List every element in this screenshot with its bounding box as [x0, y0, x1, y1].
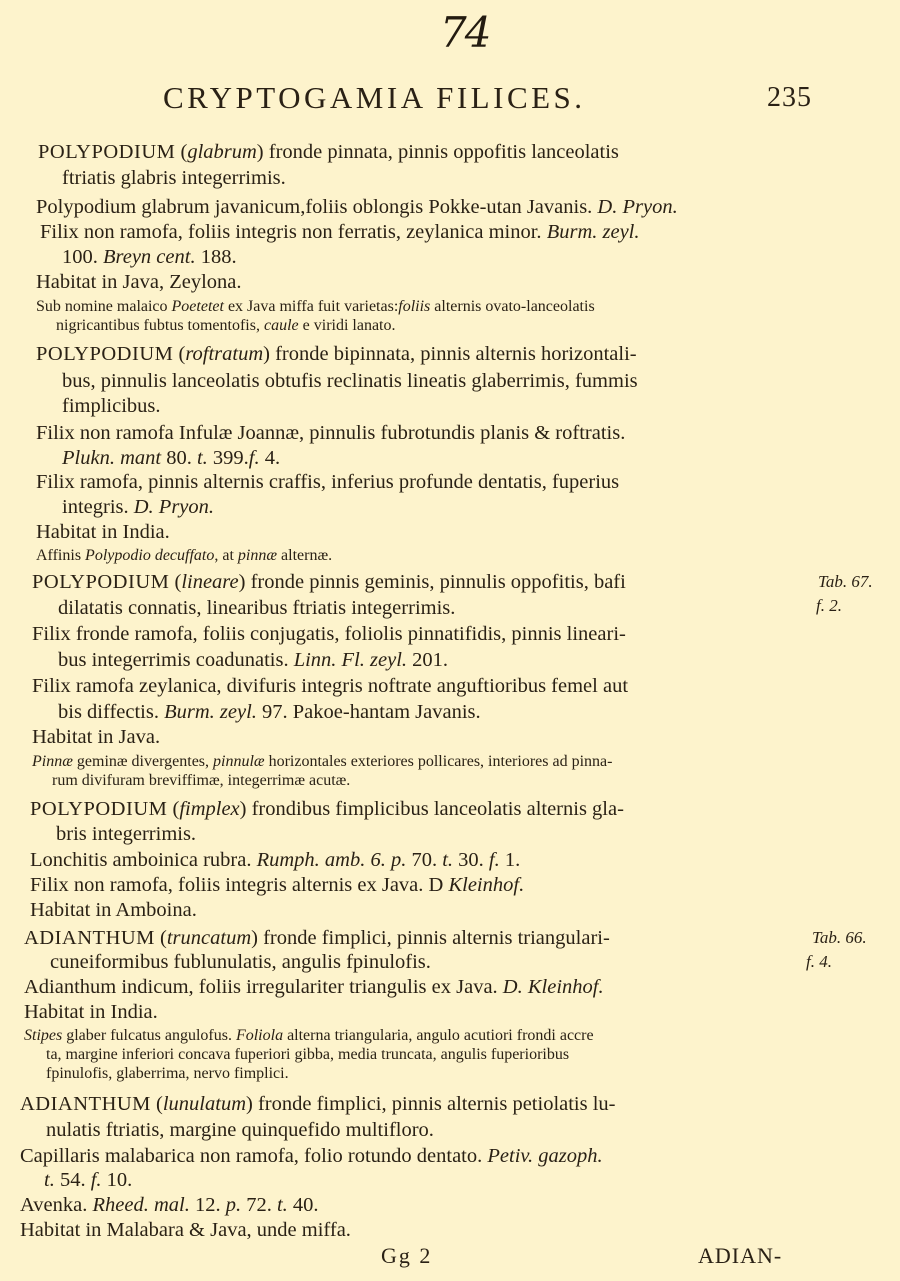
- citation: Kleinhof.: [448, 874, 524, 896]
- citation-number: 12.: [190, 1194, 226, 1216]
- citation-number: 54.: [55, 1169, 91, 1191]
- synonym-text: bus integerrimis coadunatis.: [58, 649, 294, 671]
- note-text: , at: [214, 547, 238, 564]
- citation-number: 70.: [406, 849, 442, 871]
- entry-diagnosis: POLYPODIUM (lineare) fronde pinnis gemin…: [32, 570, 626, 594]
- synonym: Filix non ramofa, foliis integris altern…: [30, 873, 524, 897]
- citation: f.: [249, 447, 260, 469]
- synonym-text: Polypodium glabrum javanicum,foliis oblo…: [36, 196, 592, 218]
- synonym-cont: 100. Breyn cent. 188.: [62, 245, 237, 269]
- margin-figure-reference: f. 2.: [816, 596, 842, 616]
- citation: p.: [226, 1194, 241, 1216]
- synonym-cont: integris. D. Pryon.: [62, 495, 214, 519]
- note-text: Affinis: [36, 547, 85, 564]
- habitat: Habitat in Malabara & Java, unde miffa.: [20, 1218, 351, 1242]
- note-italic: Polypodio decuffato: [85, 547, 214, 564]
- note-text: alternis ovato-lanceolatis: [430, 298, 594, 315]
- note-text: nigricantibus fubtus tomentofis,: [56, 317, 264, 334]
- synonym-text: Adianthum indicum, foliis irregulariter …: [24, 976, 503, 998]
- habitat: Habitat in Amboina.: [30, 898, 197, 922]
- species-name: fimplex: [179, 798, 239, 820]
- citation: t.: [277, 1194, 288, 1216]
- citation-number: 80.: [161, 447, 197, 469]
- note-italic: Pinnæ: [32, 753, 73, 770]
- synonym: Adianthum indicum, foliis irregulariter …: [24, 975, 604, 999]
- genus-name: POLYPODIUM: [30, 798, 167, 820]
- note-text: glaber fulcatus angulofus.: [62, 1027, 236, 1044]
- diagnosis-text: fronde pinnis geminis, pinnulis oppofiti…: [245, 571, 625, 593]
- note-cont: fpinulofis, glaberrima, nervo fimplici.: [46, 1064, 289, 1084]
- citation: t.: [44, 1169, 55, 1191]
- citation: f.: [91, 1169, 102, 1191]
- entry-diagnosis: POLYPODIUM (fimplex) frondibus fimplicib…: [30, 797, 624, 821]
- species-name: lineare: [181, 571, 238, 593]
- citation: Petiv. gazoph.: [487, 1145, 602, 1167]
- synonym-cont: bus integerrimis coadunatis. Linn. Fl. z…: [58, 648, 448, 672]
- species-name: glabrum: [187, 141, 256, 163]
- note-italic: pinnulæ: [213, 753, 265, 770]
- note-italic: foliis: [398, 298, 430, 315]
- note: Pinnæ geminæ divergentes, pinnulæ horizo…: [32, 752, 612, 772]
- margin-plate-reference: Tab. 67.: [818, 572, 873, 592]
- page-number: 235: [767, 82, 812, 114]
- citation-number: 201.: [407, 649, 448, 671]
- citation-number: 399.: [208, 447, 249, 469]
- note: Sub nomine malaico Poetetet ex Java miff…: [36, 297, 595, 317]
- note-italic: Stipes: [24, 1027, 62, 1044]
- entry-diagnosis-cont: bris integerrimis.: [56, 822, 196, 846]
- note-text: Sub nomine malaico: [36, 298, 172, 315]
- diagnosis-text: fronde fimplici, pinnis alternis triangu…: [258, 927, 610, 949]
- synonym: Filix fronde ramofa, foliis conjugatis, …: [32, 622, 626, 646]
- synonym-text: Filix non ramofa, foliis integris altern…: [30, 874, 448, 896]
- citation: D. Kleinhof.: [503, 976, 604, 998]
- note-italic: pinnæ: [238, 547, 277, 564]
- note-cont: ta, margine inferiori concava fuperiori …: [46, 1045, 569, 1065]
- diagnosis-text: fronde pinnata, pinnis oppofitis lanceol…: [264, 141, 619, 163]
- synonym-text: 97. Pakoe-hantam Javanis.: [257, 701, 481, 723]
- species-name: lunulatum: [163, 1093, 246, 1115]
- entry-diagnosis: POLYPODIUM (roftratum) fronde bipinnata,…: [36, 342, 637, 366]
- species-name: truncatum: [167, 927, 251, 949]
- citation: Rheed. mal.: [92, 1194, 189, 1216]
- diagnosis-text: fronde fimplici, pinnis alternis petiola…: [253, 1093, 616, 1115]
- note-italic: caule: [264, 317, 299, 334]
- margin-plate-reference: Tab. 66.: [812, 928, 867, 948]
- synonym-text: Avenka.: [20, 1194, 92, 1216]
- citation-number: 10.: [102, 1169, 133, 1191]
- species-name: roftratum: [185, 343, 263, 365]
- citation-number: 72.: [241, 1194, 277, 1216]
- entry-diagnosis-cont: ftriatis glabris integerrimis.: [62, 166, 286, 190]
- citation: t.: [442, 849, 453, 871]
- synonym-text: Lonchitis amboinica rubra.: [30, 849, 257, 871]
- citation-number: 4.: [260, 447, 281, 469]
- synonym: Avenka. Rheed. mal. 12. p. 72. t. 40.: [20, 1193, 319, 1217]
- synonym: Polypodium glabrum javanicum,foliis oblo…: [36, 195, 678, 219]
- margin-figure-reference: f. 4.: [806, 952, 832, 972]
- citation: Rumph. amb. 6. p.: [257, 849, 407, 871]
- running-head: CRYPTOGAMIA FILICES.: [163, 80, 586, 116]
- synonym-cont: bis diffectis. Burm. zeyl. 97. Pakoe-han…: [58, 700, 481, 724]
- entry-diagnosis: ADIANTHUM (truncatum) fronde fimplici, p…: [24, 926, 610, 950]
- note-text: alterna triangularia, angulo acutiori fr…: [283, 1027, 594, 1044]
- entry-diagnosis: POLYPODIUM (glabrum) fronde pinnata, pin…: [38, 140, 619, 164]
- synonym: Filix non ramofa Infulæ Joannæ, pinnulis…: [36, 421, 625, 445]
- habitat: Habitat in Java.: [32, 725, 160, 749]
- genus-name: POLYPODIUM: [38, 141, 175, 163]
- note-text: ex Java miffa fuit varietas:: [224, 298, 398, 315]
- note-italic: Foliola: [236, 1027, 283, 1044]
- habitat: Habitat in Java, Zeylona.: [36, 270, 242, 294]
- note-cont: nigricantibus fubtus tomentofis, caule e…: [56, 316, 396, 336]
- synonym: Filix non ramofa, foliis integris non fe…: [40, 220, 640, 244]
- note-text: horizontales exteriores pollicares, inte…: [265, 753, 613, 770]
- citation: Burm. zeyl.: [547, 221, 640, 243]
- entry-diagnosis-cont: dilatatis connatis, linearibus ftriatis …: [58, 596, 455, 620]
- citation: Burm. zeyl.: [164, 701, 257, 723]
- entry-diagnosis: ADIANTHUM (lunulatum) fronde fimplici, p…: [20, 1092, 616, 1116]
- synonym-cont: t. 54. f. 10.: [44, 1168, 132, 1192]
- citation: Plukn. mant: [62, 447, 161, 469]
- synonym: Filix ramofa zeylanica, divifuris integr…: [32, 674, 628, 698]
- citation-number: 40.: [288, 1194, 319, 1216]
- handwritten-folio-number: 74: [440, 8, 489, 57]
- entry-diagnosis-cont: nulatis ftriatis, margine quinquefido mu…: [46, 1118, 434, 1142]
- genus-name: ADIANTHUM: [24, 927, 155, 949]
- synonym-text: Filix non ramofa, foliis integris non fe…: [40, 221, 542, 243]
- book-page: 74 CRYPTOGAMIA FILICES. 235 POLYPODIUM (…: [0, 0, 900, 1281]
- diagnosis-text: frondibus fimplicibus lanceolatis altern…: [246, 798, 623, 820]
- synonym: Lonchitis amboinica rubra. Rumph. amb. 6…: [30, 848, 520, 872]
- citation: D. Pryon.: [134, 496, 214, 518]
- habitat: Habitat in India.: [36, 520, 170, 544]
- note-text: e viridi lanato.: [299, 317, 396, 334]
- note-text: geminæ divergentes,: [73, 753, 213, 770]
- citation-number: 188.: [201, 246, 237, 268]
- catchword: ADIAN-: [698, 1243, 782, 1269]
- entry-diagnosis-cont: fimplicibus.: [62, 394, 161, 418]
- diagnosis-text: fronde bipinnata, pinnis alternis horizo…: [270, 343, 637, 365]
- note: Affinis Polypodio decuffato, at pinnæ al…: [36, 546, 332, 566]
- habitat: Habitat in India.: [24, 1000, 158, 1024]
- synonym-cont: Plukn. mant 80. t. 399.f. 4.: [62, 446, 280, 470]
- synonym-text: Capillaris malabarica non ramofa, folio …: [20, 1145, 487, 1167]
- note-cont: rum divifuram breviffimæ, integerrimæ ac…: [52, 771, 350, 791]
- citation-number: 30.: [453, 849, 489, 871]
- citation: D. Pryon.: [597, 196, 677, 218]
- entry-diagnosis-cont: cuneiformibus fublunulatis, angulis fpin…: [50, 950, 431, 974]
- note-text: alternæ.: [277, 547, 332, 564]
- genus-name: POLYPODIUM: [32, 571, 169, 593]
- citation-number: 1.: [500, 849, 521, 871]
- citation-number: 100.: [62, 246, 98, 268]
- citation: t.: [197, 447, 208, 469]
- synonym-text: bis diffectis.: [58, 701, 164, 723]
- citation: Breyn cent.: [103, 246, 196, 268]
- entry-diagnosis-cont: bus, pinnulis lanceolatis obtufis reclin…: [62, 369, 638, 393]
- signature-mark: Gg 2: [381, 1243, 432, 1269]
- citation: f.: [489, 849, 500, 871]
- citation: Linn. Fl. zeyl.: [294, 649, 407, 671]
- synonym-text: integris.: [62, 496, 134, 518]
- note-italic: Poetetet: [172, 298, 224, 315]
- synonym: Capillaris malabarica non ramofa, folio …: [20, 1144, 603, 1168]
- synonym: Filix ramofa, pinnis alternis craffis, i…: [36, 470, 619, 494]
- genus-name: POLYPODIUM: [36, 343, 173, 365]
- note: Stipes glaber fulcatus angulofus. Foliol…: [24, 1026, 594, 1046]
- genus-name: ADIANTHUM: [20, 1093, 151, 1115]
